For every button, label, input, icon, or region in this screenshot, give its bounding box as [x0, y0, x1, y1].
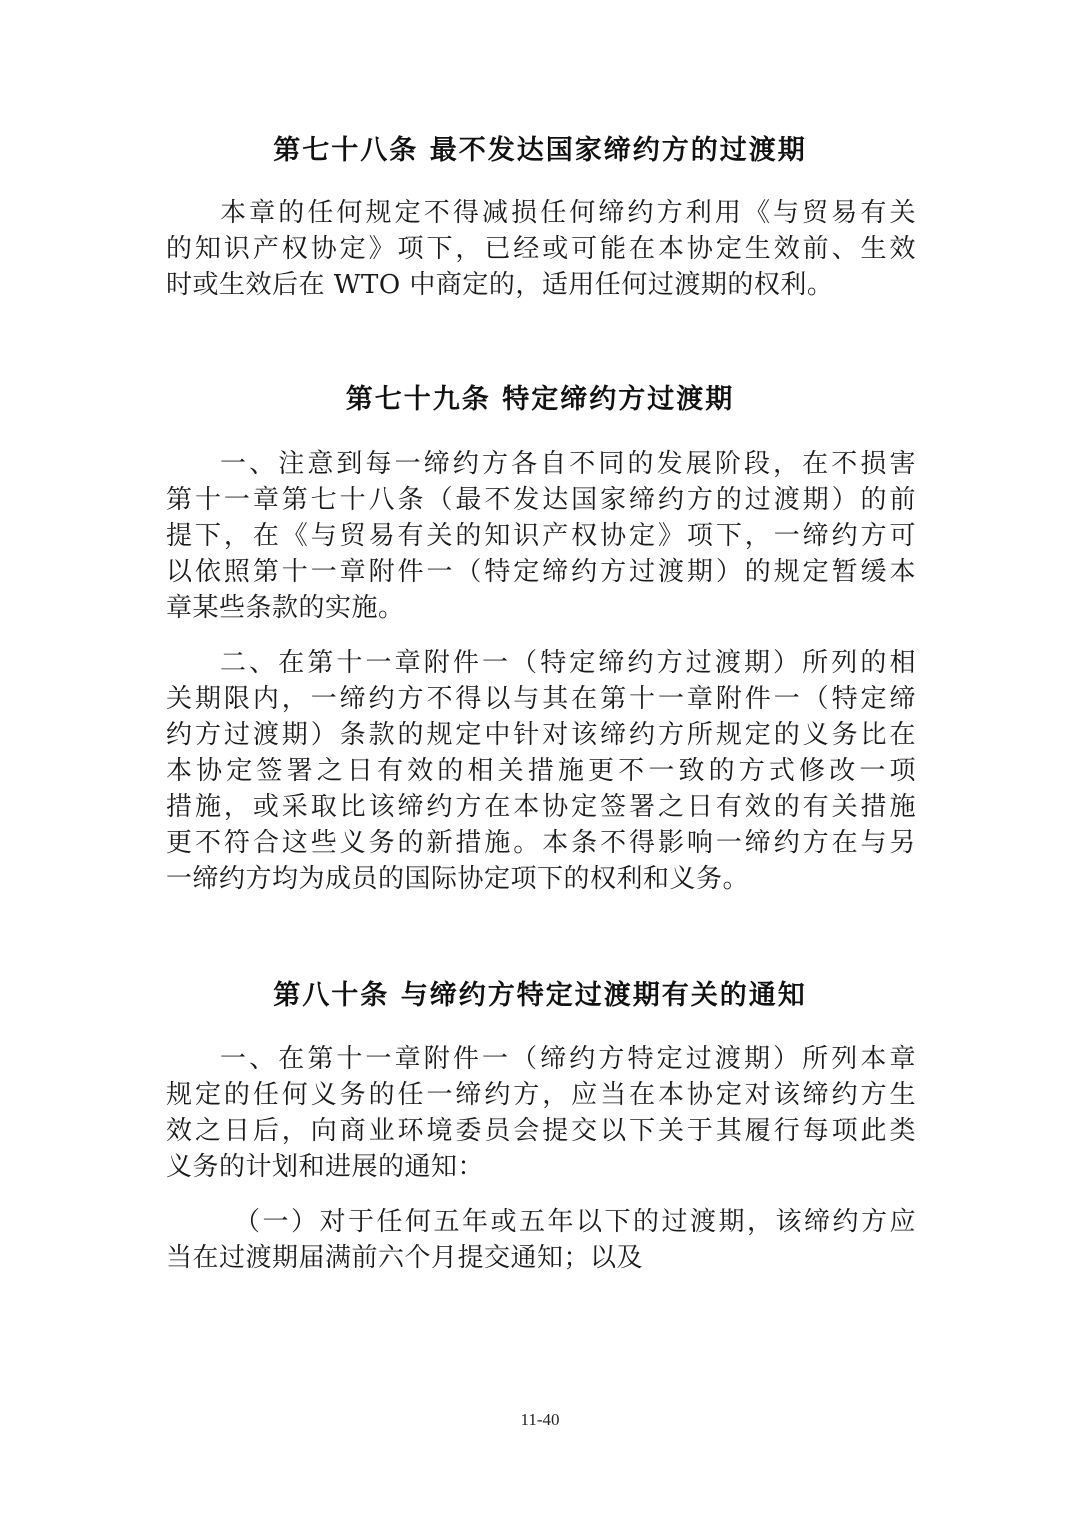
text-line: 提下，在《与贸易有关的知识产权协定》项下，一缔约方可: [166, 518, 916, 554]
text-line: 约方过渡期）条款的规定中针对该缔约方所规定的义务比在: [166, 717, 916, 753]
text-line: 二、在第十一章附件一（特定缔约方过渡期）所列的相: [166, 645, 916, 681]
text-line: 关期限内，一缔约方不得以与其在第十一章附件一（特定缔: [166, 681, 916, 717]
text-line: 一缔约方均为成员的国际协定项下的权利和义务。: [166, 861, 916, 897]
text-line: 第十一章第七十八条（最不发达国家缔约方的过渡期）的前: [166, 482, 916, 518]
text-line: 本章的任何规定不得减损任何缔约方利用《与贸易有关: [166, 195, 916, 231]
text-line: 当在过渡期届满前六个月提交通知；以及: [166, 1240, 916, 1276]
text-line: 时或生效后在 WTO 中商定的，适用任何过渡期的权利。: [166, 267, 916, 303]
article-80-paragraph-1: 一、在第十一章附件一（缔约方特定过渡期）所列本章 规定的任何义务的任一缔约方，应…: [166, 1041, 916, 1185]
text-line: 义务的计划和进展的通知：: [166, 1149, 916, 1185]
document-page: 第七十八条 最不发达国家缔约方的过渡期 本章的任何规定不得减损任何缔约方利用《与…: [0, 0, 1080, 1527]
article-80-heading: 第八十条 与缔约方特定过渡期有关的通知: [0, 978, 1080, 1014]
text-line: 本协定签署之日有效的相关措施更不一致的方式修改一项: [166, 753, 916, 789]
article-78-heading: 第七十八条 最不发达国家缔约方的过渡期: [0, 133, 1080, 169]
article-79-paragraph-2: 二、在第十一章附件一（特定缔约方过渡期）所列的相 关期限内，一缔约方不得以与其在…: [166, 645, 916, 897]
text-line: 章某些条款的实施。: [166, 590, 916, 626]
article-78-paragraph-1: 本章的任何规定不得减损任何缔约方利用《与贸易有关 的知识产权协定》项下，已经或可…: [166, 195, 916, 303]
text-line: 更不符合这些义务的新措施。本条不得影响一缔约方在与另: [166, 825, 916, 861]
text-line: 一、在第十一章附件一（缔约方特定过渡期）所列本章: [166, 1041, 916, 1077]
page-number: 11-40: [0, 1410, 1080, 1430]
text-line: （一）对于任何五年或五年以下的过渡期，该缔约方应: [166, 1204, 916, 1240]
text-line: 的知识产权协定》项下，已经或可能在本协定生效前、生效: [166, 231, 916, 267]
text-line: 一、注意到每一缔约方各自不同的发展阶段，在不损害: [166, 446, 916, 482]
text-line: 措施，或采取比该缔约方在本协定签署之日有效的有关措施: [166, 789, 916, 825]
article-80-item-1: （一）对于任何五年或五年以下的过渡期，该缔约方应 当在过渡期届满前六个月提交通知…: [166, 1204, 916, 1276]
text-line: 效之日后，向商业环境委员会提交以下关于其履行每项此类: [166, 1113, 916, 1149]
article-79-paragraph-1: 一、注意到每一缔约方各自不同的发展阶段，在不损害 第十一章第七十八条（最不发达国…: [166, 446, 916, 626]
text-line: 规定的任何义务的任一缔约方，应当在本协定对该缔约方生: [166, 1077, 916, 1113]
article-79-heading: 第七十九条 特定缔约方过渡期: [0, 382, 1080, 418]
text-line: 以依照第十一章附件一（特定缔约方过渡期）的规定暂缓本: [166, 554, 916, 590]
